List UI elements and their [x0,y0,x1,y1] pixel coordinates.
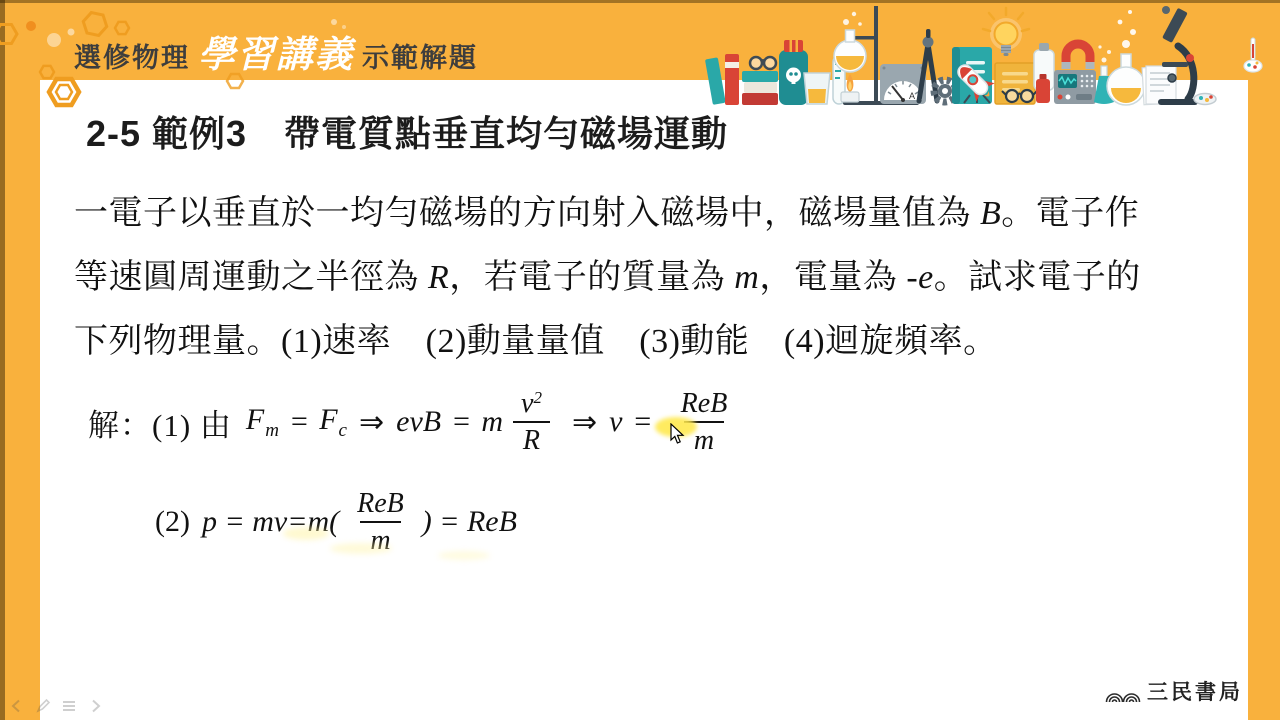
variable-R: R [428,259,449,296]
variable-B: B [980,195,1001,232]
implies-arrow: ⇒ [359,405,384,440]
highlight-mark-faint [438,551,490,560]
fraction-v2-over-R: v2 R [511,388,552,457]
publisher-name: 三民書局 [1147,681,1243,703]
bottles-icon [1034,43,1054,103]
variable-e: e [918,259,934,296]
implies-arrow: ⇒ [572,405,597,440]
step-label: (2) [155,505,190,539]
petri-dish-icon [1194,94,1216,105]
variable-m: m [734,259,759,296]
video-frame: 選修物理 學習講義 示範解題 [0,0,1280,720]
solution-step-1: 解：(1) 由 Fm = Fc ⇒ evB = m v2 R ⇒ v = ReB… [88,380,745,464]
mouse-cursor [670,423,685,445]
papers-icon [1142,66,1176,105]
presenter-toolbar [8,697,104,715]
header-series-label: 選修物理 [74,36,190,75]
boiling-flask-icon [1107,10,1145,105]
problem-paragraph: 一電子以垂直於一均勻磁場的方向射入磁場中，磁場量值為 B。電子作 等速圓周運動之… [74,182,1141,374]
next-slide-button[interactable] [86,697,104,715]
beaker-icon [804,73,830,104]
thermometer-icon [1244,38,1262,72]
prev-slide-button[interactable] [8,697,26,715]
oscilloscope-icon [1054,70,1096,104]
magnet-icon [1062,44,1095,69]
highlight-mark-faint [283,527,329,540]
science-illustration: A [700,0,1270,110]
problem-line-2: 等速圓周運動之半徑為 R，若電子的質量為 m，電量為 -e。試求電子的 [74,246,1141,310]
books-icon [705,54,778,105]
problem-line-3: 下列物理量。(1)速率 (2)動量量值 (3)動能 (4)迴旋頻率。 [74,310,1141,374]
header-title: 選修物理 學習講義 示範解題 [74,24,478,78]
problem-line-1: 一電子以垂直於一均勻磁場的方向射入磁場中，磁場量值為 B。電子作 [74,182,1141,246]
slide-heading: 2-5 範例3 帶電質點垂直均勻磁場運動 [86,106,728,157]
slide-menu-button[interactable] [60,697,78,715]
publisher-arches-icon [1104,681,1142,703]
pen-tool-button[interactable] [34,697,52,715]
header-subtitle-label: 示範解題 [362,36,478,75]
ammeter-label: A [909,91,915,101]
solution-lead: 解：(1) 由 [88,400,232,445]
highlight-mark-faint [330,543,392,554]
header-script-label: 學習講義 [198,24,354,78]
publisher-logo: 三民書局 [1104,681,1243,703]
